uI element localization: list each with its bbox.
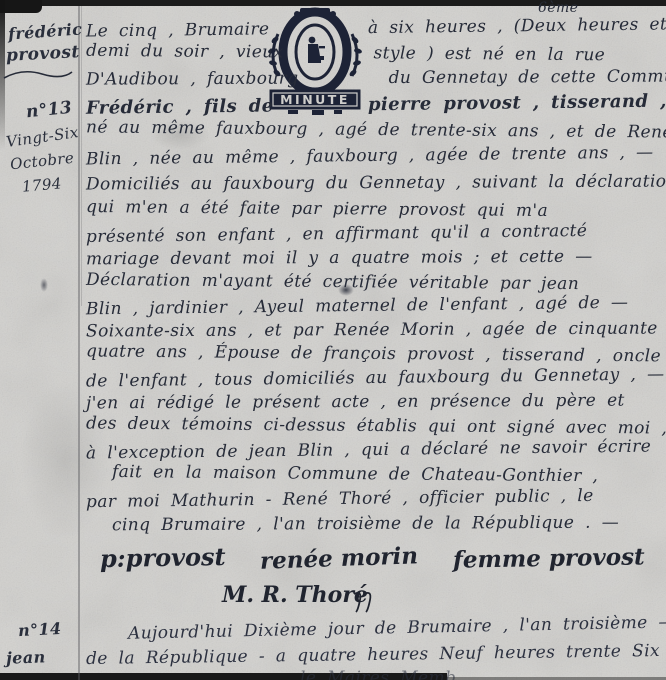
manuscript-line: né au même fauxbourg , agé de trente-six… (86, 117, 666, 146)
scan-edge-corner (0, 0, 42, 13)
next-record-line: de la République - a quatre heures Neuf … (86, 641, 660, 669)
manuscript-line: par moi Mathurin - René Thoré , officier… (86, 486, 594, 516)
signature-paraph (348, 590, 378, 616)
margin-rule (78, 6, 80, 680)
manuscript-line: cinq Brumaire , l'an troisième de la Rép… (86, 513, 619, 540)
line-right: à six heures , (Deux heures et (368, 14, 666, 42)
signature-row: p:provost renée morin femme provost (100, 543, 645, 572)
manuscript-line: Frédéric , fils de pierre provost , tiss… (86, 90, 666, 121)
line-right: du Gennetay de cette Commune , (389, 66, 666, 92)
margin-date-year: 1794 (21, 174, 62, 195)
signature-mother-title: femme provost (453, 543, 645, 573)
manuscript-line: demi du soir , vieux style ) est né en l… (86, 41, 605, 70)
margin-underline-flourish (2, 66, 74, 82)
line-left: D'Audibou , fauxbourg (86, 69, 299, 94)
margin-next-entry-name: jean (6, 647, 46, 667)
line-left: demi du soir , vieux (86, 41, 284, 67)
margin-rule-shadow (81, 6, 82, 306)
margin-date-month: Octobre (9, 149, 75, 174)
margin-next-entry-number: n°14 (18, 619, 62, 640)
manuscript-line: mariage devant moi il y a quatre mois ; … (86, 247, 593, 274)
signature-mother-name: renée morin (260, 542, 419, 574)
margin-child-firstname: frédéric (7, 19, 82, 43)
line-right: style ) est né en la rue (373, 43, 605, 69)
manuscript-line: Blin , née au même , fauxbourg , agée de… (86, 143, 654, 174)
interlinear-insertion: 6ème (538, 0, 578, 16)
next-record-line: Aujourd'hui Dixième jour de Brumaire , l… (128, 612, 666, 643)
margin-child-surname: provost (6, 42, 81, 66)
scanned-birth-record-page: frédéric provost n°13 Vingt-Six Octobre … (0, 0, 666, 680)
manuscript-line: Domiciliés au fauxbourg du Gennetay , su… (86, 171, 666, 198)
signature-official: M. R. Thoré (222, 582, 368, 608)
ink-blot (40, 278, 48, 292)
manuscript-line: qui m'en a été faite par pierre provost … (86, 197, 548, 225)
signature-father: p:provost (100, 542, 226, 573)
manuscript-line: D'Audibou , fauxbourg du Gennetay de cet… (86, 66, 666, 93)
margin-entry-number: n°13 (25, 98, 73, 123)
line-right: pierre provost , tisserand , — (368, 90, 666, 118)
margin-date-day: Vingt-Six (5, 123, 80, 151)
next-record-line-fragment: le Maires Memb (300, 668, 456, 680)
